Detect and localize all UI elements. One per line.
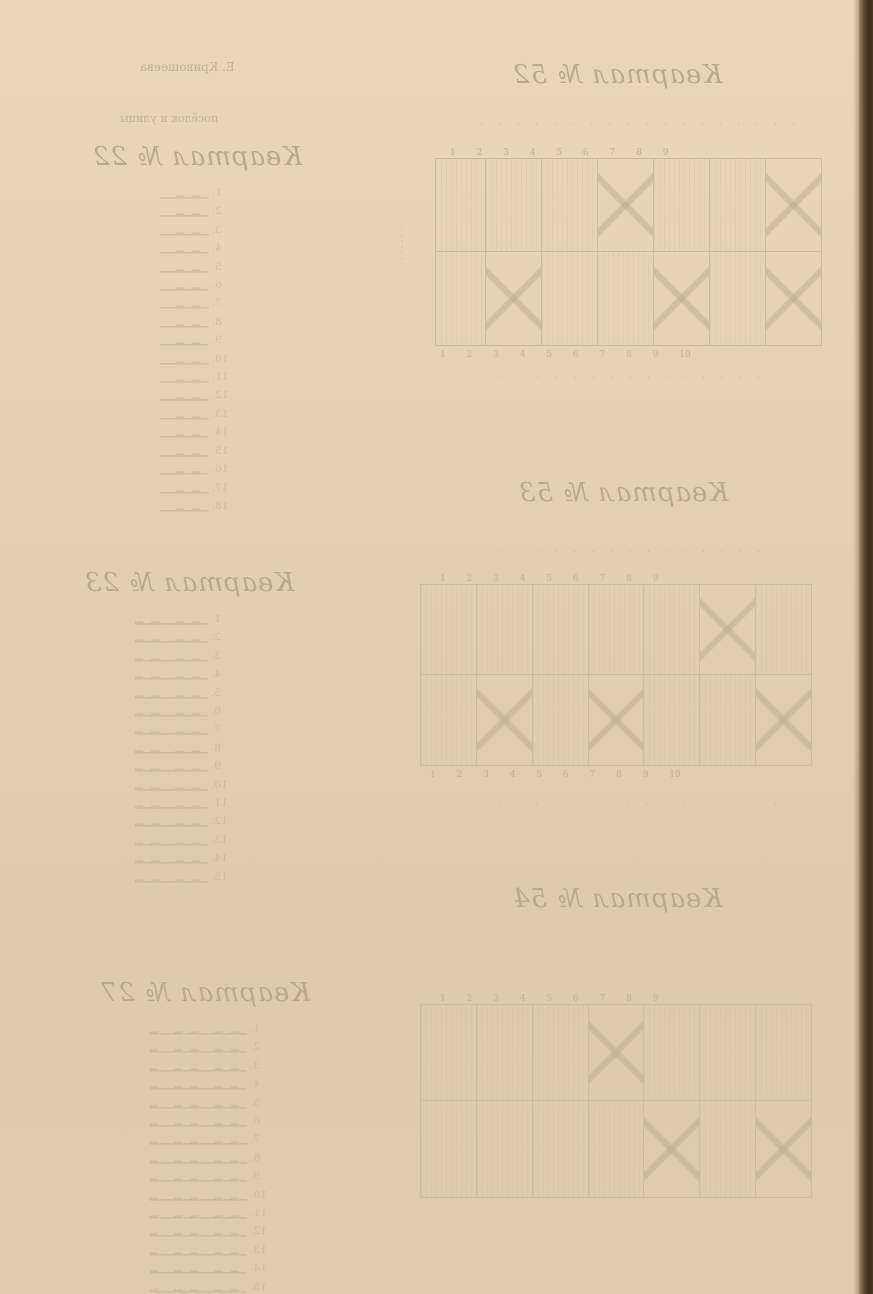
list-entry: 8. ▁▂▁▂▁▁▂▁▂▁▁▂ — [150, 1149, 313, 1167]
list-entry: 13. ▁▂▁▂▁▁ — [160, 405, 316, 423]
heading-quarter-52: Квартал № 52 — [512, 60, 722, 90]
list-entry: 3. ▁▂▁▂▁▁ — [160, 221, 316, 239]
name-list-22: 1. ▁▂▁▂▁▁2. ▁▂▁▂▁▁3. ▁▂▁▂▁▁4. ▁▂▁▂▁▁5. ▁… — [160, 184, 316, 515]
subtitle-line: посёлок и улицы — [120, 112, 218, 125]
list-entry: 15. ▁▂▁▂▁▁▂▁▂▁▁▂ — [150, 1278, 313, 1294]
block-plan-52 — [435, 158, 822, 346]
list-entry: 4. ▁▂▁▂▁▁▂▁▂ — [135, 665, 308, 683]
list-entry: 2. ▁▂▁▂▁▁ — [160, 202, 316, 220]
block-plan-53 — [420, 584, 812, 766]
heading-quarter-54: Квартал № 54 — [512, 884, 722, 914]
list-entry: 14. ▁▂▁▂▁▁▂▁▂▁▁▂ — [150, 1259, 313, 1277]
list-entry: 9. ▁▂▁▂▁▁▂▁▂ — [135, 757, 308, 775]
list-entry: 4. ▁▂▁▂▁▁ — [160, 239, 316, 257]
list-entry: 11. ▁▂▁▂▁▁▂▁▂ — [135, 794, 308, 812]
list-entry: 6. ▁▂▁▂▁▁ — [160, 276, 316, 294]
list-entry: 6. ▁▂▁▂▁▁▂▁▂▁▁▂ — [150, 1112, 313, 1130]
list-entry: 16. ▁▂▁▂▁▁ — [160, 460, 316, 478]
list-entry: 12. ▁▂▁▂▁▁ — [160, 386, 316, 404]
list-entry: 11. ▁▂▁▂▁▁▂▁▂▁▁▂ — [150, 1204, 313, 1222]
list-entry: 1. ▁▂▁▂▁▁ — [160, 184, 316, 202]
dotted-line: . . . . . . . . . . . . . . . . . — [480, 796, 783, 807]
list-entry: 18. ▁▂▁▂▁▁ — [160, 497, 316, 515]
list-entry: 11. ▁▂▁▂▁▁ — [160, 368, 316, 386]
block-plan-54 — [420, 1004, 812, 1198]
author-line: Е. Кривошеева — [140, 60, 235, 74]
list-entry: 15. ▁▂▁▂▁▁ — [160, 442, 316, 460]
list-entry: 10. ▁▂▁▂▁▁ — [160, 350, 316, 368]
plan-bottom-numbers: 1 2 3 4 5 6 7 8 9 10 — [430, 770, 681, 780]
plan-top-numbers: 1 2 3 4 5 6 7 8 9 — [440, 574, 658, 584]
heading-quarter-22: Квартал № 22 — [92, 142, 302, 172]
list-entry: 10. ▁▂▁▂▁▁▂▁▂▁▁▂ — [150, 1186, 313, 1204]
list-entry: 7. ▁▂▁▂▁▁ — [160, 294, 316, 312]
list-entry: 14. ▁▂▁▂▁▁▂▁▂ — [135, 849, 308, 867]
list-entry: 3. ▁▂▁▂▁▁▂▁▂ — [135, 647, 308, 665]
name-list-27: 1. ▁▂▁▂▁▁▂▁▂▁▁▂2. ▁▂▁▂▁▁▂▁▂▁▁▂3. ▁▂▁▂▁▁▂… — [150, 1020, 313, 1294]
list-entry: 7. ▁▂▁▂▁▁▂▁▂▁▁▂ — [150, 1130, 313, 1148]
list-entry: 13. ▁▂▁▂▁▁▂▁▂▁▁▂ — [150, 1241, 313, 1259]
list-entry: 4. ▁▂▁▂▁▁▂▁▂▁▁▂ — [150, 1075, 313, 1093]
list-entry: 5. ▁▂▁▂▁▁▂▁▂ — [135, 684, 308, 702]
list-entry: 9. ▁▂▁▂▁▁ — [160, 331, 316, 349]
list-entry: 12. ▁▂▁▂▁▁▂▁▂▁▁▂ — [150, 1222, 313, 1240]
list-entry: 14. ▁▂▁▂▁▁ — [160, 423, 316, 441]
plan-top-numbers: 1 2 3 4 5 6 7 8 9 — [440, 994, 658, 1004]
list-entry: 15. ▁▂▁▂▁▁▂▁▂ — [135, 868, 308, 886]
list-entry: 3. ▁▂▁▂▁▁▂▁▂▁▁▂ — [150, 1057, 313, 1075]
name-list-23: 1. ▁▂▁▂▁▁▂▁▂2. ▁▂▁▂▁▁▂▁▂3. ▁▂▁▂▁▁▂▁▂4. ▁… — [135, 610, 308, 886]
scanned-page: Е. Кривошеева посёлок и улицы Квартал № … — [0, 0, 873, 1294]
plan-side-label: · · · · · · — [398, 229, 408, 260]
list-entry: 7. ▁▂▁▂▁▁▂▁▂ — [135, 720, 308, 738]
list-entry: 13. ▁▂▁▂▁▁▂▁▂ — [135, 831, 308, 849]
list-entry: 1. ▁▂▁▂▁▁▂▁▂ — [135, 610, 308, 628]
list-entry: 5. ▁▂▁▂▁▁▂▁▂▁▁▂ — [150, 1094, 313, 1112]
list-entry: 2. ▁▂▁▂▁▁▂▁▂ — [135, 628, 308, 646]
heading-quarter-27: Квартал № 27 — [100, 978, 310, 1008]
dotted-line: . . . . . . . . . . . . . . . — [500, 370, 766, 381]
list-entry: 1. ▁▂▁▂▁▁▂▁▂▁▁▂ — [150, 1020, 313, 1038]
list-entry: 6. ▁▂▁▂▁▁▂▁▂ — [135, 702, 308, 720]
dotted-line: . . . . . . . . . . . . . . . . . . — [480, 116, 801, 127]
list-entry: 9. ▁▂▁▂▁▁▂▁▂▁▁▂ — [150, 1167, 313, 1185]
list-entry: 12. ▁▂▁▂▁▁▂▁▂ — [135, 812, 308, 830]
list-entry: 2. ▁▂▁▂▁▁▂▁▂▁▁▂ — [150, 1038, 313, 1056]
dotted-line: . . . . . . . . . . . . . . . — [500, 544, 766, 555]
list-entry: 10. ▁▂▁▂▁▁▂▁▂ — [135, 776, 308, 794]
plan-bottom-numbers: 1 2 3 4 5 6 7 8 9 10 — [440, 350, 691, 360]
heading-quarter-53: Квартал № 53 — [518, 478, 728, 508]
list-entry: 8. ▁▂▁▂▁▁ — [160, 313, 316, 331]
heading-quarter-23: Квартал № 23 — [84, 568, 294, 598]
book-binding-edge — [859, 0, 873, 1294]
list-entry: 5. ▁▂▁▂▁▁ — [160, 258, 316, 276]
list-entry: 8. ▁▂▁▂▁▁▂▁▂ — [135, 739, 308, 757]
list-entry: 17. ▁▂▁▂▁▁ — [160, 479, 316, 497]
plan-top-numbers: 1 2 3 4 5 6 7 8 9 — [450, 148, 668, 158]
